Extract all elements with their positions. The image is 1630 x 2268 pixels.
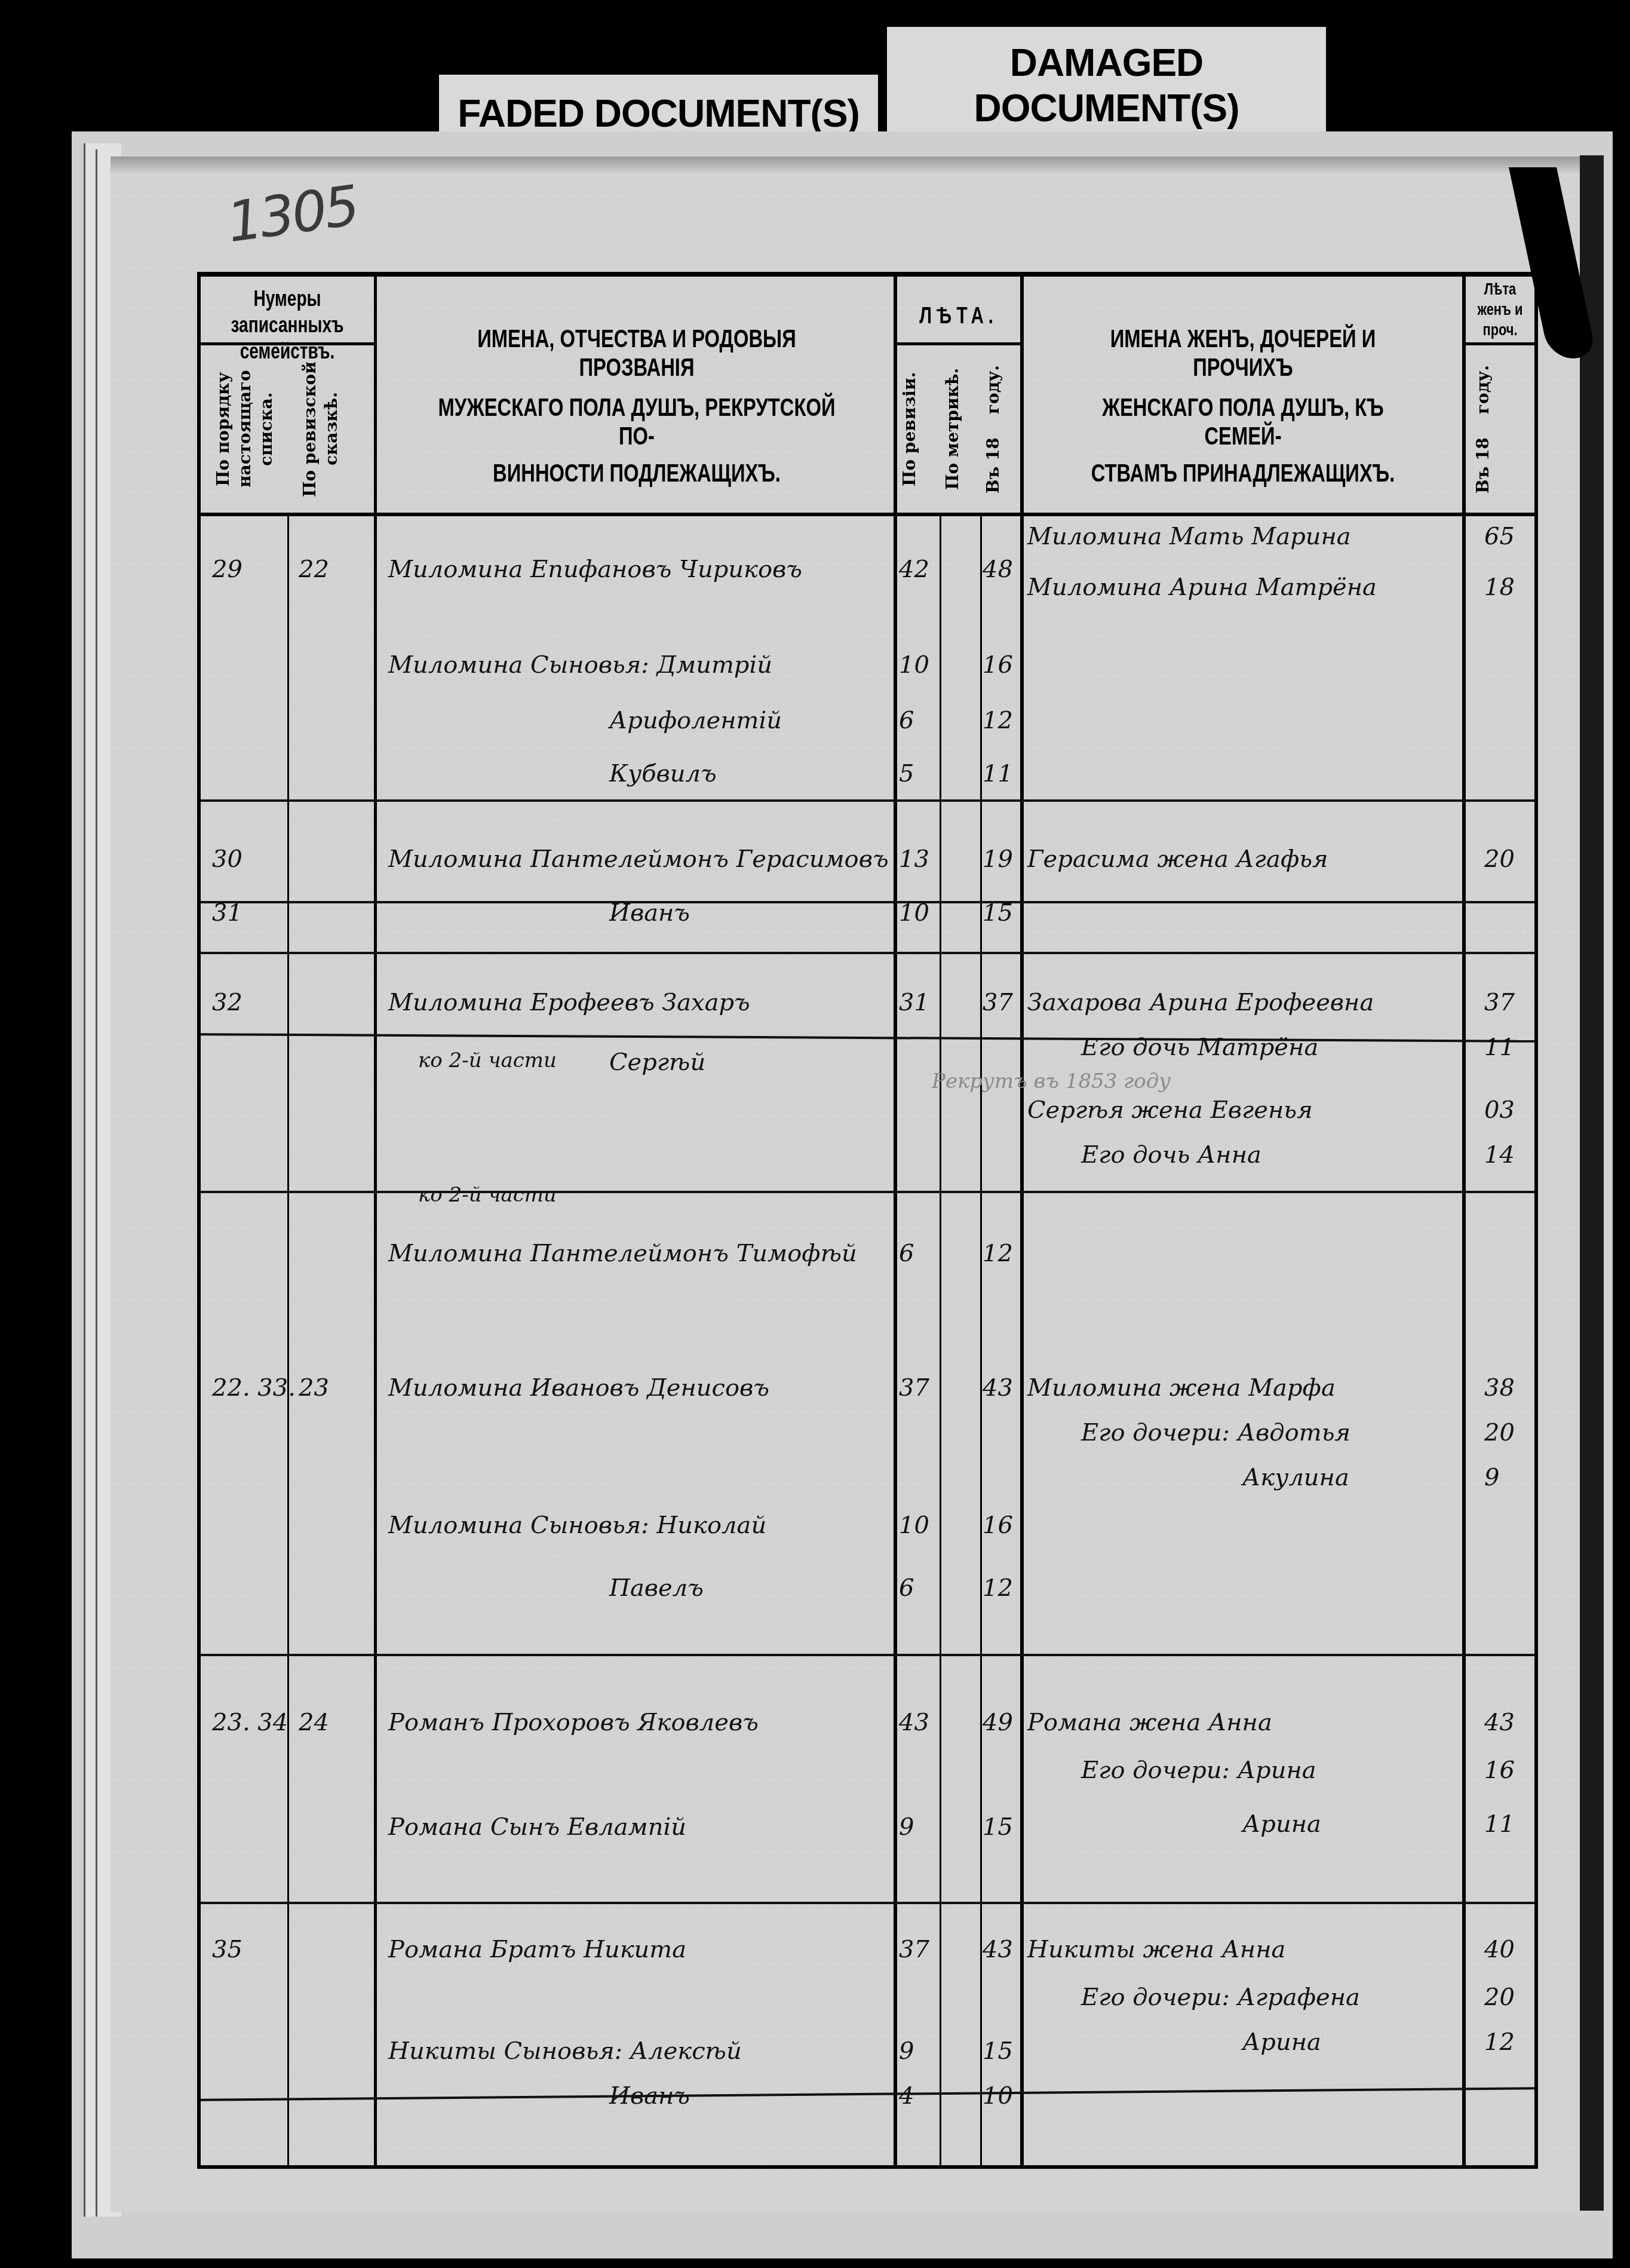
- male-names-header-line3: ВИННОСТИ ПОДЛЕЖАЩИХЪ.: [437, 459, 837, 488]
- faint-annotation: Рекрутъ въ 1853 году: [932, 1069, 1171, 1093]
- female-name: Миломина Арина Матрёна: [1027, 574, 1377, 601]
- age-in-year: 15: [983, 2037, 1013, 2065]
- col-divider: [940, 513, 941, 2165]
- male-name: Иванъ: [609, 2082, 690, 2110]
- female-name: Миломина жена Марфа: [1027, 1374, 1336, 1402]
- male-name: Миломина Ивановъ Денисовъ: [388, 1374, 769, 1402]
- female-age: 40: [1484, 1936, 1515, 1963]
- female-ages-header: Лѣта женъ и проч.: [1474, 279, 1527, 340]
- age-by-revision: 4: [899, 2082, 914, 2110]
- female-name: Миломина Мать Марина: [1027, 523, 1351, 550]
- age-by-revision: 37: [899, 1374, 929, 1402]
- age-in-year: 15: [983, 899, 1013, 927]
- age-in-year: 16: [983, 651, 1013, 679]
- header-divider: [1462, 342, 1534, 345]
- row-separator: [201, 901, 1534, 903]
- family-number: 31: [212, 899, 242, 927]
- entry-note: ко 2-й части: [418, 1183, 557, 1207]
- male-name: Павелъ: [609, 1574, 704, 1602]
- female-age: 38: [1484, 1374, 1515, 1402]
- male-names-header-line2: МУЖЕСКАГО ПОЛА ДУШЪ, РЕКРУТСКОЙ ПО-: [437, 393, 837, 450]
- male-name: Миломина Ерофеевъ Захаръ: [388, 989, 750, 1016]
- page-binding-edge: [1580, 155, 1604, 2211]
- age-in-year: 12: [983, 707, 1013, 734]
- female-age: 18: [1484, 574, 1515, 601]
- male-name: Романъ Прохоровъ Яковлевъ: [388, 1709, 759, 1736]
- damaged-label-line2: DOCUMENT(S): [887, 85, 1326, 131]
- female-age: 16: [1484, 1757, 1515, 1784]
- male-name: Миломина Пантелеймонъ Герасимовъ: [388, 845, 889, 873]
- male-names-header-line1: ИМЕНА, ОТЧЕСТВА И РОДОВЫЯ ПРОЗВАНІЯ: [437, 324, 837, 382]
- female-age-in-year-header: Въ 18 году.: [1473, 351, 1527, 507]
- ages-header: ЛѢТА.: [911, 304, 1007, 329]
- row-separator: [201, 1902, 1534, 1904]
- age-in-year: 12: [983, 1574, 1013, 1602]
- female-age: 11: [1484, 1034, 1515, 1061]
- male-name: Миломина Сыновья: Николай: [388, 1512, 766, 1539]
- female-names-header-line1: ИМЕНА ЖЕНЪ, ДОЧЕРЕЙ И ПРОЧИХЪ: [1073, 324, 1413, 382]
- female-age: 03: [1484, 1096, 1515, 1124]
- age-in-year: 16: [983, 1512, 1013, 1539]
- col-divider: [894, 277, 897, 2165]
- male-name: Никиты Сыновья: Алексѣй: [388, 2037, 742, 2065]
- male-name: Арифолентій: [609, 707, 782, 734]
- female-name: Его дочери: Авдотья: [1081, 1419, 1350, 1446]
- header-divider: [894, 342, 1020, 345]
- col-revision-tale-header: По ревизской сказкѣ.: [299, 351, 365, 507]
- age-by-revision: 10: [899, 899, 929, 927]
- col-current-list-header: По порядку настоящаго списка.: [213, 351, 278, 507]
- age-by-revision: 10: [899, 1512, 929, 1539]
- age-in-year: 12: [983, 1240, 1013, 1267]
- age-by-revision: 6: [899, 1574, 914, 1602]
- age-by-revision: 9: [899, 1813, 914, 1841]
- female-age: 37: [1484, 989, 1515, 1016]
- row-separator: [201, 952, 1534, 954]
- age-in-year-header: Въ 18 году.: [983, 351, 1019, 507]
- female-age: 20: [1484, 1419, 1515, 1446]
- age-in-year: 49: [983, 1709, 1013, 1736]
- age-by-revision: 6: [899, 1240, 914, 1267]
- age-by-revision: 6: [899, 707, 914, 734]
- female-name: Его дочь Анна: [1081, 1141, 1261, 1169]
- female-name: Акулина: [1242, 1464, 1349, 1491]
- female-age: 11: [1484, 1810, 1515, 1838]
- female-age: 20: [1484, 1984, 1515, 2011]
- age-in-year: 43: [983, 1374, 1013, 1402]
- row-separator: [201, 1191, 1534, 1193]
- age-in-year: 19: [983, 845, 1013, 873]
- entry-note: ко 2-й части: [418, 1049, 557, 1072]
- male-name: Романа Сынъ Евлампій: [388, 1813, 686, 1841]
- age-by-revision: 5: [899, 760, 914, 787]
- female-age: 14: [1484, 1141, 1515, 1169]
- age-by-revision: 42: [899, 556, 929, 583]
- family-number: 30: [212, 845, 242, 873]
- col-divider: [1020, 277, 1024, 2165]
- age-by-revision: 43: [899, 1709, 929, 1736]
- age-by-revision: 13: [899, 845, 929, 873]
- age-in-year: 15: [983, 1813, 1013, 1841]
- male-name: Романа Братъ Никита: [388, 1936, 686, 1963]
- female-name: Сергѣя жена Евгенья: [1027, 1096, 1313, 1124]
- family-number: 32: [212, 989, 242, 1016]
- female-name: Его дочери: Аграфена: [1081, 1984, 1360, 2011]
- age-in-year: 10: [983, 2082, 1013, 2110]
- col-divider: [374, 277, 377, 2165]
- female-name: Романа жена Анна: [1027, 1709, 1272, 1736]
- age-by-revision: 31: [899, 989, 929, 1016]
- row-separator: [201, 1033, 1534, 1043]
- age-by-revision: 10: [899, 651, 929, 679]
- col-divider: [980, 513, 982, 2165]
- revision-number: 24: [299, 1709, 329, 1736]
- col-divider: [287, 513, 289, 2165]
- row-separator: [201, 2087, 1534, 2101]
- male-name: Миломина Епифановъ Чириковъ: [388, 556, 802, 583]
- header-bottom-rule: [201, 513, 1534, 516]
- male-name: Миломина Сыновья: Дмитрій: [388, 651, 772, 679]
- age-by-revision: 37: [899, 1936, 929, 1963]
- page-stain: [110, 157, 1598, 174]
- family-number: 22. 33.: [212, 1374, 296, 1402]
- revision-number: 22: [299, 556, 329, 583]
- female-age: 43: [1484, 1709, 1515, 1736]
- female-names-header-line3: СТВАМЪ ПРИНАДЛЕЖАЩИХЪ.: [1073, 459, 1413, 488]
- row-separator: [201, 799, 1534, 802]
- family-number: 29: [212, 556, 242, 583]
- age-in-year: 48: [983, 556, 1013, 583]
- age-in-year: 43: [983, 1936, 1013, 1963]
- age-by-revision: 9: [899, 2037, 914, 2065]
- male-name: Иванъ: [609, 899, 690, 927]
- age-in-year: 11: [983, 760, 1013, 787]
- female-names-header-line2: ЖЕНСКАГО ПОЛА ДУШЪ, КЪ СЕМЕЙ-: [1073, 393, 1413, 450]
- family-number: 23. 34: [212, 1709, 288, 1736]
- female-age: 20: [1484, 845, 1515, 873]
- family-number: 35: [212, 1936, 242, 1963]
- female-age: 65: [1484, 523, 1515, 550]
- female-name: Захарова Арина Ерофеевна: [1027, 989, 1374, 1016]
- female-name: Арина: [1242, 2028, 1321, 2056]
- female-name: Его дочь Матрёна: [1081, 1034, 1318, 1061]
- revision-number: 23: [299, 1374, 329, 1402]
- age-by-metric-header: По метрикѣ.: [943, 351, 978, 507]
- female-name: Его дочери: Арина: [1081, 1757, 1316, 1784]
- age-by-revision-header: По ревизіи.: [900, 351, 938, 507]
- female-age: 12: [1484, 2028, 1515, 2056]
- male-name: Кубвилъ: [609, 760, 717, 787]
- female-name: Арина: [1242, 1810, 1321, 1838]
- damaged-label-line1: DAMAGED: [887, 40, 1326, 85]
- male-name: Миломина Пантелеймонъ Тимофѣй: [388, 1240, 857, 1267]
- col-divider: [1462, 277, 1466, 2165]
- female-age: 9: [1484, 1464, 1499, 1491]
- female-name: Герасима жена Агафья: [1027, 845, 1328, 873]
- female-name: Никиты жена Анна: [1027, 1936, 1285, 1963]
- male-name: Сергѣй: [609, 1049, 705, 1076]
- age-in-year: 37: [983, 989, 1013, 1016]
- row-separator: [201, 1654, 1534, 1656]
